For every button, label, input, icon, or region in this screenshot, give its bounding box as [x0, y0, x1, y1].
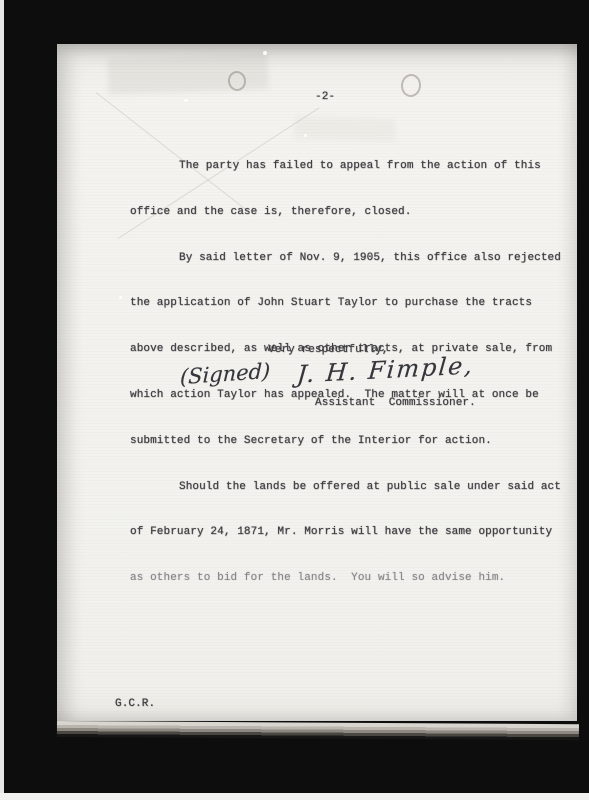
scanned-letter-page: -2- The party has failed to appeal from … — [0, 0, 589, 800]
scan-left-edge-sliver — [0, 0, 4, 794]
body-line: the application of John Stuart Taylor to… — [130, 297, 574, 319]
body-line: By said letter of Nov. 9, 1905, this off… — [130, 252, 574, 274]
scan-bottom-edge-sliver — [0, 793, 589, 800]
body-line: office and the case is, therefore, close… — [130, 206, 574, 228]
body-line: of February 24, 1871, Mr. Morris will ha… — [130, 526, 574, 548]
body-line: submitted to the Secretary of the Interi… — [130, 435, 574, 457]
letter-closing: Very respectfully, — [268, 344, 389, 356]
page-number: -2- — [315, 91, 335, 103]
signature-title: Assistant Commissioner. — [315, 397, 476, 409]
typist-initials: G.C.R. — [115, 698, 155, 710]
page-stack-edge — [57, 721, 579, 740]
body-line: Should the lands be offered at public sa… — [130, 481, 574, 503]
body-line: as others to bid for the lands. You will… — [130, 572, 574, 594]
body-line: The party has failed to appeal from the … — [130, 160, 574, 182]
